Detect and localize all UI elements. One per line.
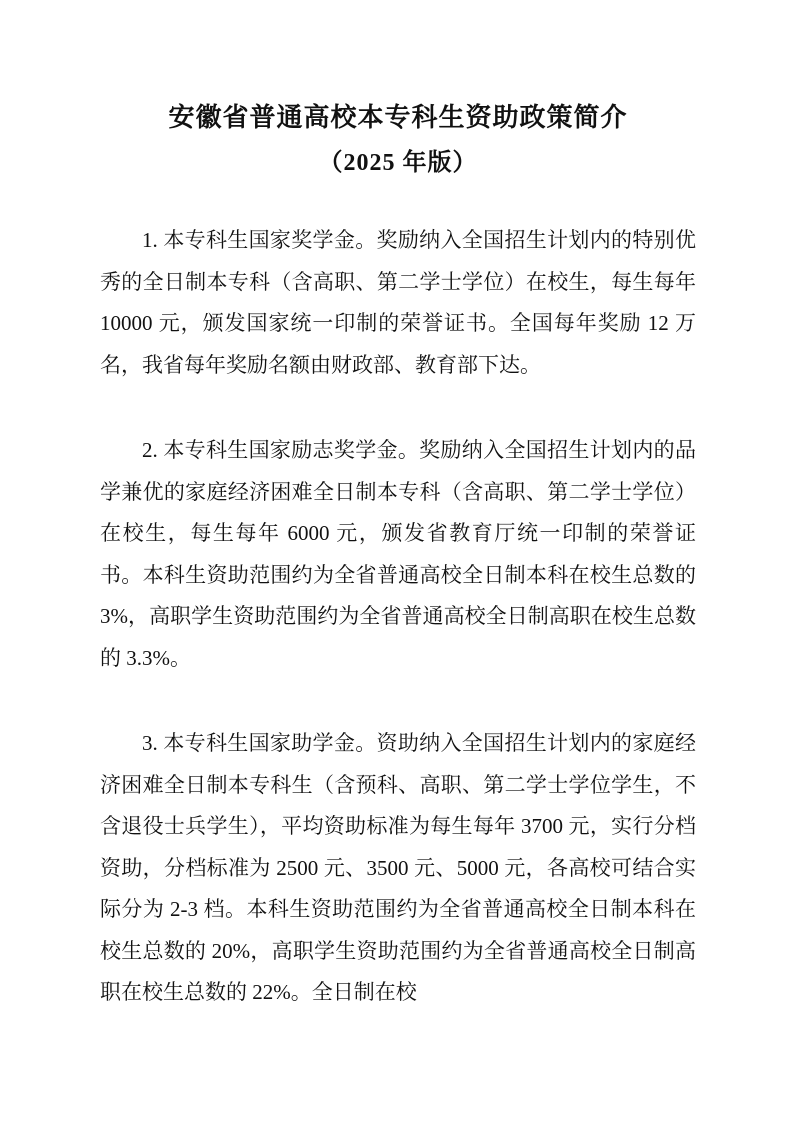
paragraph-national-grant: 3. 本专科生国家助学金。资助纳入全国招生计划内的家庭经济困难全日制本专科生（含… [100,723,696,1014]
paragraph-national-encouragement-scholarship: 2. 本专科生国家励志奖学金。奖励纳入全国招生计划内的品学兼优的家庭经济困难全日… [100,430,696,679]
paragraph-national-scholarship: 1. 本专科生国家奖学金。奖励纳入全国招生计划内的特别优秀的全日制本专科（含高职… [100,220,696,386]
document-page: 安徽省普通高校本专科生资助政策简介 （2025 年版） 1. 本专科生国家奖学金… [0,0,793,1122]
document-body: 1. 本专科生国家奖学金。奖励纳入全国招生计划内的特别优秀的全日制本专科（含高职… [100,220,696,1014]
document-content: 安徽省普通高校本专科生资助政策简介 （2025 年版） 1. 本专科生国家奖学金… [100,0,696,1014]
document-subtitle: （2025 年版） [100,146,696,180]
document-title: 安徽省普通高校本专科生资助政策简介 [100,0,696,135]
